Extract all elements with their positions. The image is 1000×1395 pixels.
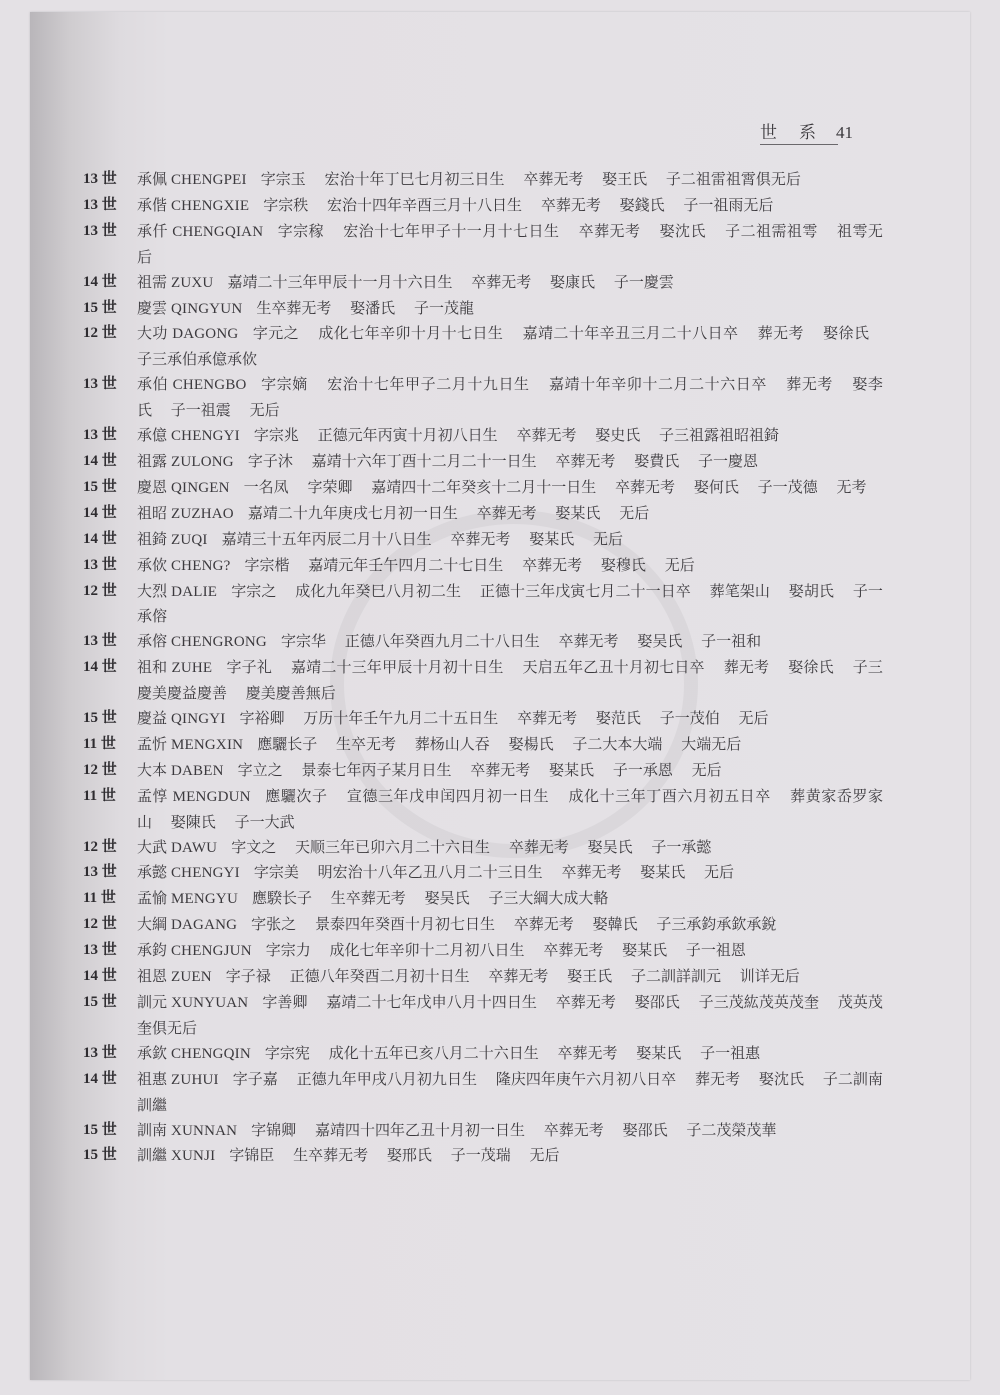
person-name: 承億 — [137, 426, 167, 444]
entry-text: 承佩 CHENGPEI字宗玉 宏治十年丁巳七月初三日生 卒葬无考 娶王氏 子二祖… — [137, 167, 883, 193]
entry-text: 承伯 CHENGBO字宗嫡 宏治十七年甲子二月十九日生 嘉靖十年辛卯十二月二十六… — [137, 372, 883, 423]
person-name: 承伯 — [137, 375, 168, 393]
generation-label: 14 世 — [83, 449, 137, 475]
generation-label: 13 世 — [83, 1041, 137, 1067]
entry-detail: 字子沐 — [248, 452, 293, 470]
entry-text: 大本 DABEN字立之 景泰七年丙子某月日生 卒葬无考 娶某氏 子一承恩 无后 — [137, 758, 883, 784]
person-pinyin: XUNNAN — [167, 1123, 237, 1139]
entry-detail: 景泰四年癸酉十月初七日生 — [315, 915, 495, 933]
entry-detail: 娶吴氏 — [637, 632, 682, 650]
entry-text: 孟惇 MENGDUN應驪次子 宣德三年戊申闰四月初一日生 成化十三年丁酉六月初五… — [137, 784, 883, 835]
person-name: 慶恩 — [137, 478, 167, 496]
entry-detail: 慶美慶善無后 — [246, 684, 336, 702]
entry-detail: 成化十三年丁酉六月初五日卒 — [569, 787, 771, 805]
genealogy-entry: 11 世孟惇 MENGDUN應驪次子 宣德三年戊申闰四月初一日生 成化十三年丁酉… — [83, 784, 883, 835]
person-name: 承欽 — [137, 1044, 167, 1062]
generation-label: 14 世 — [83, 527, 137, 553]
entry-detail: 嘉靖四十二年癸亥十二月十一日生 — [371, 478, 596, 496]
person-name: 訓南 — [137, 1121, 167, 1139]
person-name: 祖恩 — [137, 967, 167, 985]
genealogy-entry: 15 世慶恩 QINGEN一名凤 字荣卿 嘉靖四十二年癸亥十二月十一日生 卒葬无… — [83, 475, 883, 501]
genealogy-entries: 13 世承佩 CHENGPEI字宗玉 宏治十年丁巳七月初三日生 卒葬无考 娶王氏… — [83, 167, 883, 1169]
entry-detail: 卒葬无考 — [544, 1121, 604, 1139]
entry-detail: 卒葬无考 — [522, 556, 582, 574]
entry-text: 承欽 CHENGQIN字宗宪 成化十五年已亥八月二十六日生 卒葬无考 娶某氏 子… — [137, 1041, 883, 1067]
genealogy-entry: 11 世孟忻 MENGXIN應驪长子 生卒无考 葬杨山人吞 娶楊氏 子二大本大端… — [83, 732, 883, 758]
entry-detail: 天顺三年已卯六月二十六日生 — [295, 838, 490, 856]
generation-label: 13 世 — [83, 423, 137, 449]
entry-text: 祖惠 ZUHUI字子嘉 正德九年甲戌八月初九日生 隆庆四年庚午六月初八日卒 葬无… — [137, 1067, 883, 1118]
person-pinyin: QINGYI — [167, 711, 225, 727]
entry-text: 慶益 QINGYI字裕卿 万历十年壬午九月二十五日生 卒葬无考 娶范氏 子一茂伯… — [137, 706, 883, 732]
genealogy-entry: 13 世承仟 CHENGQIAN字宗稼 宏治十七年甲子十一月十七日生 卒葬无考 … — [83, 219, 883, 270]
entry-detail: 應驪长子 — [257, 735, 317, 753]
entry-text: 大功 DAGONG字元之 成化七年辛卯十月十七日生 嘉靖二十年辛丑三月二十八日卒… — [137, 321, 883, 372]
genealogy-entry: 14 世祖和 ZUHE字子礼 嘉靖二十三年甲辰十月初十日生 天启五年乙丑十月初七… — [83, 655, 883, 706]
entry-detail: 字裕卿 — [240, 709, 285, 727]
genealogy-entry: 13 世承懿 CHENGYI字宗美 明宏治十八年乙丑八月二十三日生 卒葬无考 娶… — [83, 860, 883, 886]
entry-detail: 无后 — [665, 556, 695, 574]
entry-detail: 卒葬无考 — [450, 530, 510, 548]
entry-detail: 娶王氏 — [567, 967, 612, 985]
generation-label: 13 世 — [83, 372, 137, 423]
entry-detail: 卒葬无考 — [559, 632, 619, 650]
entry-detail: 子一茂伯 — [660, 709, 720, 727]
generation-label: 11 世 — [83, 732, 137, 758]
entry-detail: 娶楊氏 — [509, 735, 554, 753]
entry-detail: 卒葬无考 — [556, 993, 616, 1011]
entry-detail: 葬杨山人吞 — [415, 735, 490, 753]
entry-detail: 娶某氏 — [549, 761, 594, 779]
entry-detail: 成化七年辛卯十二月初八日生 — [330, 941, 525, 959]
person-name: 承佩 — [137, 170, 167, 188]
entry-detail: 字立之 — [238, 761, 283, 779]
entry-detail: 子一慶恩 — [698, 452, 758, 470]
genealogy-entry: 12 世大烈 DALIE字宗之 成化九年癸巳八月初二生 正德十三年戊寅七月二十一… — [83, 579, 883, 630]
entry-text: 大烈 DALIE字宗之 成化九年癸巳八月初二生 正德十三年戊寅七月二十一日卒 葬… — [137, 579, 883, 630]
entry-text: 孟忻 MENGXIN應驪长子 生卒无考 葬杨山人吞 娶楊氏 子二大本大端 大端无… — [137, 732, 883, 758]
entry-detail: 嘉靖十年辛卯十二月二十六日卒 — [549, 375, 767, 393]
person-name: 祖惠 — [137, 1070, 167, 1088]
entry-detail: 字荣卿 — [307, 478, 352, 496]
generation-label: 11 世 — [83, 784, 137, 835]
entry-text: 祖昭 ZUZHAO嘉靖二十九年庚戌七月初一日生 卒葬无考 娶某氏 无后 — [137, 501, 883, 527]
entry-detail: 娶邢氏 — [387, 1146, 432, 1164]
person-pinyin: QINGYUN — [167, 301, 242, 317]
entry-text: 承仟 CHENGQIAN字宗稼 宏治十七年甲子十一月十七日生 卒葬无考 娶沈氏 … — [137, 219, 883, 270]
entry-detail: 娶徐氏 — [823, 324, 869, 342]
entry-detail: 娶某氏 — [529, 530, 574, 548]
entry-detail: 卒葬无考 — [471, 273, 531, 291]
genealogy-entry: 13 世承欽 CHENGQIN字宗宪 成化十五年已亥八月二十六日生 卒葬无考 娶… — [83, 1041, 883, 1067]
genealogy-entry: 12 世大功 DAGONG字元之 成化七年辛卯十月十七日生 嘉靖二十年辛丑三月二… — [83, 321, 883, 372]
entry-detail: 子一祖恩 — [686, 941, 746, 959]
genealogy-entry: 12 世大綱 DAGANG字张之 景泰四年癸酉十月初七日生 卒葬无考 娶韓氏 子… — [83, 912, 883, 938]
entry-detail: 宏治十七年甲子二月十九日生 — [327, 375, 529, 393]
genealogy-entry: 14 世祖惠 ZUHUI字子嘉 正德九年甲戌八月初九日生 隆庆四年庚午六月初八日… — [83, 1067, 883, 1118]
genealogy-entry: 15 世訓元 XUNYUAN字善卿 嘉靖二十七年戊申八月十四日生 卒葬无考 娶邵… — [83, 990, 883, 1041]
entry-detail: 娶陳氏 — [171, 813, 216, 831]
entry-detail: 子一大武 — [235, 813, 295, 831]
entry-detail: 嘉靖二十三年甲辰十一月十六日生 — [227, 273, 452, 291]
generation-label: 13 世 — [83, 860, 137, 886]
entry-detail: 嘉靖二十七年戊申八月十四日生 — [326, 993, 537, 1011]
generation-label: 12 世 — [83, 835, 137, 861]
person-name: 大功 — [137, 324, 168, 342]
entry-detail: 字元之 — [252, 324, 299, 342]
person-pinyin: ZUQI — [167, 532, 208, 548]
genealogy-entry: 13 世承佽 CHENG?字宗楷 嘉靖元年壬午四月二十七日生 卒葬无考 娶穆氏 … — [83, 553, 883, 579]
person-name: 孟愉 — [137, 889, 167, 907]
entry-detail: 子三大綱大成大輅 — [488, 889, 608, 907]
entry-detail: 字宗美 — [254, 863, 299, 881]
entry-detail: 正德八年癸酉九月二十八日生 — [345, 632, 540, 650]
entry-detail: 生卒葬无考 — [293, 1146, 368, 1164]
genealogy-entry: 13 世承億 CHENGYI字宗兆 正德元年丙寅十月初八日生 卒葬无考 娶史氏 … — [83, 423, 883, 449]
generation-label: 13 世 — [83, 938, 137, 964]
entry-detail: 葬无考 — [786, 375, 833, 393]
entry-detail: 嘉靖二十三年甲辰十月初十日生 — [291, 658, 504, 676]
person-pinyin: MENGXIN — [167, 737, 243, 753]
generation-label: 12 世 — [83, 912, 137, 938]
entry-detail: 娶某氏 — [640, 863, 685, 881]
entry-detail: 娶某氏 — [622, 941, 667, 959]
entry-detail: 子一祖惠 — [700, 1044, 760, 1062]
genealogy-entry: 13 世承偕 CHENGXIE字宗秩 宏治十四年辛酉三月十八日生 卒葬无考 娶錢… — [83, 193, 883, 219]
entry-detail: 葬无考 — [758, 324, 804, 342]
entry-detail: 字善卿 — [262, 993, 307, 1011]
entry-detail: 娶某氏 — [555, 504, 600, 522]
person-name: 承佽 — [137, 556, 167, 574]
entry-detail: 成化十五年已亥八月二十六日生 — [329, 1044, 539, 1062]
entry-detail: 卒葬无考 — [615, 478, 675, 496]
entry-detail: 无后 — [529, 1146, 559, 1164]
generation-label: 13 世 — [83, 193, 137, 219]
entry-detail: 成化七年辛卯十月十七日生 — [318, 324, 503, 342]
entry-detail: 一名凤 — [244, 478, 289, 496]
entry-text: 祖和 ZUHE字子礼 嘉靖二十三年甲辰十月初十日生 天启五年乙丑十月初七日卒 葬… — [137, 655, 883, 706]
person-name: 祖錡 — [137, 530, 167, 548]
entry-detail: 子一承恩 — [613, 761, 673, 779]
entry-detail: 训详无后 — [740, 967, 800, 985]
person-name: 祖昭 — [137, 504, 167, 522]
entry-detail: 娶徐氏 — [788, 658, 834, 676]
person-pinyin: CHENGJUN — [167, 943, 252, 959]
entry-detail: 娶韓氏 — [593, 915, 638, 933]
generation-label: 11 世 — [83, 886, 137, 912]
generation-label: 14 世 — [83, 655, 137, 706]
entry-text: 訓南 XUNNAN字锦卿 嘉靖四十四年乙丑十月初一日生 卒葬无考 娶邵氏 子二茂… — [137, 1118, 883, 1144]
generation-label: 12 世 — [83, 321, 137, 372]
entry-detail: 无考 — [836, 478, 866, 496]
entry-text: 承懿 CHENGYI字宗美 明宏治十八年乙丑八月二十三日生 卒葬无考 娶某氏 无… — [137, 860, 883, 886]
genealogy-entry: 15 世慶雲 QINGYUN生卒葬无考 娶潘氏 子一茂龍 — [83, 296, 883, 322]
entry-detail: 卒葬无考 — [558, 1044, 618, 1062]
entry-detail: 娶潘氏 — [350, 299, 395, 317]
person-pinyin: DABEN — [167, 763, 224, 779]
entry-detail: 字宗秩 — [263, 196, 308, 214]
entry-detail: 无后 — [250, 401, 280, 419]
entry-detail: 嘉靖三十五年丙辰二月十八日生 — [222, 530, 432, 548]
person-name: 慶雲 — [137, 299, 167, 317]
generation-label: 14 世 — [83, 501, 137, 527]
entry-detail: 娶胡氏 — [789, 582, 834, 600]
person-pinyin: CHENGBO — [168, 377, 246, 393]
person-name: 祖需 — [137, 273, 167, 291]
entry-detail: 正德九年甲戌八月初九日生 — [297, 1070, 477, 1088]
entry-detail: 子二茂榮茂華 — [686, 1121, 776, 1139]
person-name: 大武 — [137, 838, 167, 856]
person-name: 承傛 — [137, 632, 167, 650]
person-name: 承偕 — [137, 196, 167, 214]
entry-detail: 字宗嫡 — [261, 375, 308, 393]
person-name: 祖露 — [137, 452, 167, 470]
entry-text: 承鈞 CHENGJUN字宗力 成化七年辛卯十二月初八日生 卒葬无考 娶某氏 子一… — [137, 938, 883, 964]
entry-detail: 娶王氏 — [602, 170, 647, 188]
person-pinyin: QINGEN — [167, 480, 230, 496]
entry-detail: 子一祖雨无后 — [683, 196, 773, 214]
generation-label: 12 世 — [83, 579, 137, 630]
entry-text: 祖露 ZULONG字子沐 嘉靖十六年丁酉十二月二十一日生 卒葬无考 娶費氏 子一… — [137, 449, 883, 475]
entry-detail: 字宗之 — [231, 582, 276, 600]
genealogy-entry: 13 世承佩 CHENGPEI字宗玉 宏治十年丁巳七月初三日生 卒葬无考 娶王氏… — [83, 167, 883, 193]
entry-detail: 娶康氏 — [550, 273, 595, 291]
entry-detail: 卒葬无考 — [543, 941, 603, 959]
person-name: 訓元 — [137, 993, 167, 1011]
person-name: 承懿 — [137, 863, 167, 881]
entry-detail: 子三祖露祖昭祖錡 — [659, 426, 779, 444]
entry-detail: 葬笔架山 — [710, 582, 770, 600]
person-pinyin: ZUHUI — [167, 1072, 219, 1088]
entry-detail: 成化九年癸巳八月初二生 — [295, 582, 461, 600]
person-pinyin: CHENGQIAN — [168, 224, 263, 240]
person-pinyin: CHENGXIE — [167, 198, 249, 214]
generation-label: 15 世 — [83, 1118, 137, 1144]
entry-detail: 无后 — [692, 761, 722, 779]
generation-label: 13 世 — [83, 629, 137, 655]
person-pinyin: DAGONG — [168, 326, 239, 342]
entry-detail: 子一祖和 — [701, 632, 761, 650]
entry-detail: 娶范氏 — [596, 709, 641, 727]
genealogy-entry: 15 世訓南 XUNNAN字锦卿 嘉靖四十四年乙丑十月初一日生 卒葬无考 娶邵氏… — [83, 1118, 883, 1144]
person-name: 孟惇 — [137, 787, 168, 805]
entry-detail: 无后 — [738, 709, 768, 727]
entry-text: 祖錡 ZUQI嘉靖三十五年丙辰二月十八日生 卒葬无考 娶某氏 无后 — [137, 527, 883, 553]
genealogy-entry: 14 世祖錡 ZUQI嘉靖三十五年丙辰二月十八日生 卒葬无考 娶某氏 无后 — [83, 527, 883, 553]
genealogy-entry: 12 世大本 DABEN字立之 景泰七年丙子某月日生 卒葬无考 娶某氏 子一承恩… — [83, 758, 883, 784]
person-pinyin: ZUEN — [167, 969, 212, 985]
entry-detail: 娶吴氏 — [425, 889, 470, 907]
entry-detail: 子一承懿 — [651, 838, 711, 856]
entry-detail: 正德元年丙寅十月初八日生 — [318, 426, 498, 444]
person-pinyin: XUNJI — [167, 1148, 215, 1164]
person-pinyin: MENGYU — [167, 891, 238, 907]
person-pinyin: CHENGPEI — [167, 172, 247, 188]
generation-label: 14 世 — [83, 964, 137, 990]
entry-detail: 生卒葬无考 — [256, 299, 331, 317]
generation-label: 13 世 — [83, 219, 137, 270]
entry-detail: 卒葬无考 — [514, 915, 574, 933]
entry-detail: 娶吴氏 — [588, 838, 633, 856]
person-name: 承鈞 — [137, 941, 167, 959]
entry-detail: 子一茂德 — [758, 478, 818, 496]
entry-detail: 子三茂紘茂英茂奎 — [699, 993, 819, 1011]
genealogy-entry: 13 世承伯 CHENGBO字宗嫡 宏治十七年甲子二月十九日生 嘉靖十年辛卯十二… — [83, 372, 883, 423]
entry-detail: 子一茂龍 — [414, 299, 474, 317]
person-pinyin: DALIE — [167, 584, 217, 600]
entry-detail: 應驪次子 — [265, 787, 328, 805]
person-pinyin: DAGANG — [167, 917, 237, 933]
entry-detail: 子一茂瑞 — [451, 1146, 511, 1164]
generation-label: 15 世 — [83, 475, 137, 501]
entry-text: 慶恩 QINGEN一名凤 字荣卿 嘉靖四十二年癸亥十二月十一日生 卒葬无考 娶何… — [137, 475, 883, 501]
entry-text: 大綱 DAGANG字张之 景泰四年癸酉十月初七日生 卒葬无考 娶韓氏 子三承鈞承… — [137, 912, 883, 938]
entry-detail: 字宗楷 — [245, 556, 290, 574]
entry-detail: 正德十三年戊寅七月二十一日卒 — [480, 582, 691, 600]
genealogy-entry: 14 世祖需 ZUXU嘉靖二十三年甲辰十一月十六日生 卒葬无考 娶康氏 子一慶雲 — [83, 270, 883, 296]
entry-detail: 嘉靖十六年丁酉十二月二十一日生 — [312, 452, 537, 470]
entry-detail: 嘉靖二十年辛丑三月二十八日卒 — [523, 324, 739, 342]
entry-detail: 宏治十四年辛酉三月十八日生 — [327, 196, 522, 214]
entry-text: 孟愉 MENGYU應騤长子 生卒葬无考 娶吴氏 子三大綱大成大輅 — [137, 886, 883, 912]
genealogy-entry: 14 世祖露 ZULONG字子沐 嘉靖十六年丁酉十二月二十一日生 卒葬无考 娶費… — [83, 449, 883, 475]
entry-detail: 卒葬无考 — [488, 967, 548, 985]
person-pinyin: CHENGYI — [167, 865, 240, 881]
entry-detail: 大端无后 — [681, 735, 741, 753]
entry-detail: 嘉靖元年壬午四月二十七日生 — [308, 556, 503, 574]
entry-text: 大武 DAWU字文之 天顺三年已卯六月二十六日生 卒葬无考 娶吴氏 子一承懿 — [137, 835, 883, 861]
entry-detail: 卒葬无考 — [561, 863, 621, 881]
entry-detail: 卒葬无考 — [523, 170, 583, 188]
genealogy-entry: 12 世大武 DAWU字文之 天顺三年已卯六月二十六日生 卒葬无考 娶吴氏 子一… — [83, 835, 883, 861]
entry-detail: 景泰七年丙子某月日生 — [301, 761, 451, 779]
genealogy-entry: 13 世承鈞 CHENGJUN字宗力 成化七年辛卯十二月初八日生 卒葬无考 娶某… — [83, 938, 883, 964]
entry-detail: 字子禄 — [226, 967, 271, 985]
entry-detail: 字宗稼 — [277, 222, 324, 240]
generation-label: 15 世 — [83, 706, 137, 732]
entry-detail: 万历十年壬午九月二十五日生 — [303, 709, 498, 727]
entry-detail: 明宏治十八年乙丑八月二十三日生 — [318, 863, 543, 881]
entry-text: 祖恩 ZUEN字子禄 正德八年癸酉二月初十日生 卒葬无考 娶王氏 子二訓詳訓元 … — [137, 964, 883, 990]
entry-text: 承偕 CHENGXIE字宗秩 宏治十四年辛酉三月十八日生 卒葬无考 娶錢氏 子一… — [137, 193, 883, 219]
entry-detail: 隆庆四年庚午六月初八日卒 — [496, 1070, 676, 1088]
entry-detail: 卒葬无考 — [470, 761, 530, 779]
person-pinyin: CHENGYI — [167, 428, 240, 444]
entry-detail: 子二祖需祖雩 — [725, 222, 818, 240]
person-pinyin: ZUZHAO — [167, 506, 234, 522]
person-name: 祖和 — [137, 658, 167, 676]
person-name: 大綱 — [137, 915, 167, 933]
entry-detail: 宏治十七年甲子十一月十七日生 — [343, 222, 559, 240]
entry-detail: 字锦卿 — [251, 1121, 296, 1139]
entry-detail: 卒葬无考 — [555, 452, 615, 470]
person-name: 承仟 — [137, 222, 168, 240]
person-pinyin: DAWU — [167, 840, 217, 856]
entry-detail: 子一慶雲 — [614, 273, 674, 291]
entry-detail: 字宗玉 — [261, 170, 306, 188]
entry-detail: 子二訓詳訓元 — [631, 967, 721, 985]
person-pinyin: CHENGRONG — [167, 634, 267, 650]
entry-text: 承佽 CHENG?字宗楷 嘉靖元年壬午四月二十七日生 卒葬无考 娶穆氏 无后 — [137, 553, 883, 579]
entry-detail: 葬无考 — [695, 1070, 740, 1088]
entry-detail: 生卒无考 — [336, 735, 396, 753]
person-name: 慶益 — [137, 709, 167, 727]
entry-detail: 子二祖雷祖霄俱无后 — [666, 170, 801, 188]
entry-detail: 子一祖震 — [171, 401, 231, 419]
entry-detail: 娶某氏 — [636, 1044, 681, 1062]
entry-detail: 字子礼 — [226, 658, 272, 676]
entry-detail: 娶沈氏 — [660, 222, 706, 240]
entry-detail: 生卒葬无考 — [331, 889, 406, 907]
genealogy-entry: 14 世祖恩 ZUEN字子禄 正德八年癸酉二月初十日生 卒葬无考 娶王氏 子二訓… — [83, 964, 883, 990]
generation-label: 12 世 — [83, 758, 137, 784]
entry-detail: 卒葬无考 — [516, 426, 576, 444]
entry-detail: 娶沈氏 — [759, 1070, 804, 1088]
running-head: 世系 41 — [760, 118, 853, 145]
entry-detail: 字锦臣 — [229, 1146, 274, 1164]
person-name: 訓繼 — [137, 1146, 167, 1164]
entry-text: 承億 CHENGYI字宗兆 正德元年丙寅十月初八日生 卒葬无考 娶史氏 子三祖露… — [137, 423, 883, 449]
entry-detail: 卒葬无考 — [509, 838, 569, 856]
person-pinyin: MENGDUN — [168, 789, 251, 805]
entry-detail: 字子嘉 — [233, 1070, 278, 1088]
person-pinyin: ZUHE — [167, 660, 212, 676]
entry-detail: 娶何氏 — [694, 478, 739, 496]
person-pinyin: CHENGQIN — [167, 1046, 251, 1062]
entry-detail: 娶邵氏 — [623, 1121, 668, 1139]
entry-detail: 正德八年癸酉二月初十日生 — [290, 967, 470, 985]
entry-detail: 天启五年乙丑十月初七日卒 — [523, 658, 705, 676]
generation-label: 13 世 — [83, 553, 137, 579]
generation-label: 15 世 — [83, 1143, 137, 1169]
entry-text: 訓繼 XUNJI字锦臣 生卒葬无考 娶邢氏 子一茂瑞 无后 — [137, 1143, 883, 1169]
entry-detail: 无后 — [593, 530, 623, 548]
entry-detail: 字宗兆 — [254, 426, 299, 444]
person-name: 孟忻 — [137, 735, 167, 753]
section-title: 世系 — [760, 118, 838, 145]
entry-text: 承傛 CHENGRONG字宗华 正德八年癸酉九月二十八日生 卒葬无考 娶吴氏 子… — [137, 629, 883, 655]
entry-detail: 字宗宪 — [265, 1044, 310, 1062]
entry-detail: 宣德三年戊申闰四月初一日生 — [347, 787, 549, 805]
entry-text: 訓元 XUNYUAN字善卿 嘉靖二十七年戊申八月十四日生 卒葬无考 娶邵氏 子三… — [137, 990, 883, 1041]
entry-detail: 子三承鈞承欽承銳 — [656, 915, 776, 933]
entry-detail: 字张之 — [251, 915, 296, 933]
entry-detail: 卒葬无考 — [517, 709, 577, 727]
entry-detail: 娶穆氏 — [601, 556, 646, 574]
entry-detail: 字宗华 — [281, 632, 326, 650]
entry-detail: 子三承伯承億承佽 — [137, 350, 257, 368]
entry-detail: 卒葬无考 — [477, 504, 537, 522]
entry-detail: 无后 — [619, 504, 649, 522]
entry-detail: 娶費氏 — [634, 452, 679, 470]
entry-text: 祖需 ZUXU嘉靖二十三年甲辰十一月十六日生 卒葬无考 娶康氏 子一慶雲 — [137, 270, 883, 296]
person-pinyin: ZUXU — [167, 275, 213, 291]
entry-detail: 娶史氏 — [595, 426, 640, 444]
genealogy-entry: 11 世孟愉 MENGYU應騤长子 生卒葬无考 娶吴氏 子三大綱大成大輅 — [83, 886, 883, 912]
entry-detail: 卒葬无考 — [579, 222, 641, 240]
entry-detail: 娶邵氏 — [635, 993, 680, 1011]
person-pinyin: ZULONG — [167, 454, 234, 470]
genealogy-entry: 13 世承傛 CHENGRONG字宗华 正德八年癸酉九月二十八日生 卒葬无考 娶… — [83, 629, 883, 655]
person-pinyin: CHENG? — [167, 558, 230, 574]
person-name: 大本 — [137, 761, 167, 779]
generation-label: 13 世 — [83, 167, 137, 193]
entry-detail: 子二大本大端 — [572, 735, 662, 753]
entry-detail: 字文之 — [231, 838, 276, 856]
generation-label: 15 世 — [83, 296, 137, 322]
genealogy-entry: 14 世祖昭 ZUZHAO嘉靖二十九年庚戌七月初一日生 卒葬无考 娶某氏 无后 — [83, 501, 883, 527]
generation-label: 14 世 — [83, 1067, 137, 1118]
